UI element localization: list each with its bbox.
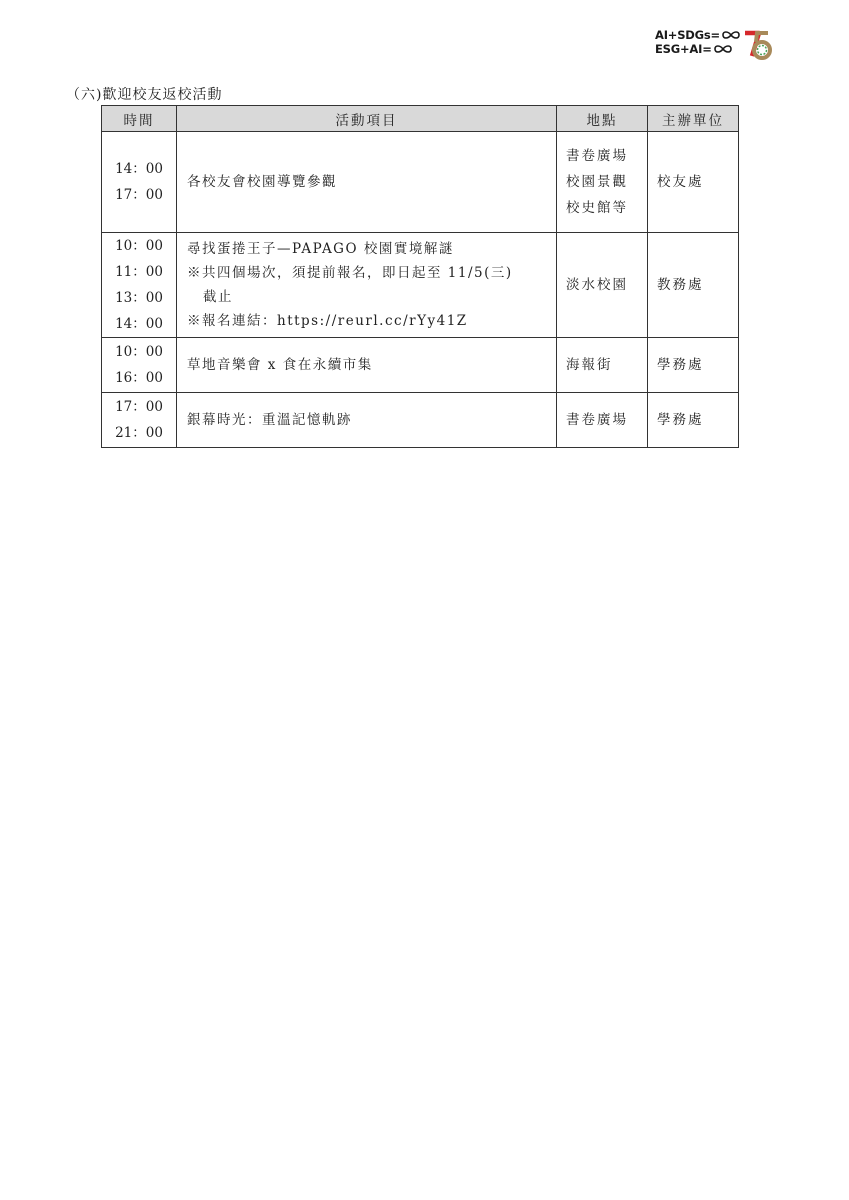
location-line: 校史館等 xyxy=(566,195,647,221)
header-organizer: 主辦單位 xyxy=(648,106,739,132)
section-title: （六)歡迎校友返校活動 xyxy=(66,84,222,104)
activity-name: 草地音樂會 x 食在永續市集 xyxy=(187,354,556,376)
activity-name: 各校友會校園導覽參觀 xyxy=(187,171,556,193)
location-line: 淡水校園 xyxy=(566,272,647,298)
activity-cell: 各校友會校園導覽參觀 xyxy=(177,132,557,233)
organizer-cell: 學務處 xyxy=(648,338,739,393)
header-activity: 活動項目 xyxy=(177,106,557,132)
activity-cell: 草地音樂會 x 食在永續市集 xyxy=(177,338,557,393)
logo-line-2: ESG+AI= xyxy=(655,42,741,56)
table-row: 10：00 11：00 13：00 14：00 尋找蛋捲王子—PAPAGO 校園… xyxy=(102,233,739,338)
infinity-icon xyxy=(721,30,741,40)
activity-note: ※共四個場次，須提前報名，即日起至 11/5(三) xyxy=(187,261,556,285)
location-cell: 淡水校園 xyxy=(557,233,648,338)
time-value: 16：00 xyxy=(102,365,176,391)
alumni-activities-table: 時間 活動項目 地點 主辦單位 14：00 17：00 各校友會校園導覽參觀 書… xyxy=(101,105,739,448)
time-value: 13：00 xyxy=(102,285,176,311)
infinity-icon xyxy=(713,44,733,54)
location-line: 海報街 xyxy=(566,352,647,378)
location-cell: 書卷廣場 校園景觀 校史館等 xyxy=(557,132,648,233)
location-cell: 海報街 xyxy=(557,338,648,393)
header-time: 時間 xyxy=(102,106,177,132)
organizer-cell: 教務處 xyxy=(648,233,739,338)
time-value: 11：00 xyxy=(102,259,176,285)
activity-cell: 尋找蛋捲王子—PAPAGO 校園實境解謎 ※共四個場次，須提前報名，即日起至 1… xyxy=(177,233,557,338)
table-row: 10：00 16：00 草地音樂會 x 食在永續市集 海報街 學務處 xyxy=(102,338,739,393)
table-header-row: 時間 活動項目 地點 主辦單位 xyxy=(102,106,739,132)
time-value: 10：00 xyxy=(102,233,176,259)
time-cell: 17：00 21：00 xyxy=(102,393,177,448)
table-row: 17：00 21：00 銀幕時光：重溫記憶軌跡 書卷廣場 學務處 xyxy=(102,393,739,448)
organizer-cell: 校友處 xyxy=(648,132,739,233)
registration-link[interactable]: ※報名連結：https://reurl.cc/rYy41Z xyxy=(187,309,556,333)
activity-name: 銀幕時光：重溫記憶軌跡 xyxy=(187,409,556,431)
time-value: 10：00 xyxy=(102,339,176,365)
time-cell: 10：00 16：00 xyxy=(102,338,177,393)
activity-name: 尋找蛋捲王子—PAPAGO 校園實境解謎 xyxy=(187,237,556,261)
time-cell: 14：00 17：00 xyxy=(102,132,177,233)
activity-note-continued: 截止 xyxy=(187,285,556,309)
time-cell: 10：00 11：00 13：00 14：00 xyxy=(102,233,177,338)
time-value: 14：00 xyxy=(102,156,176,182)
ai-sdgs-esg-75-logo: AI+SDGs= ESG+AI= xyxy=(655,28,775,64)
logo-line-1: AI+SDGs= xyxy=(655,28,741,42)
header-location: 地點 xyxy=(557,106,648,132)
location-line: 書卷廣場 xyxy=(566,407,647,433)
organizer-cell: 學務處 xyxy=(648,393,739,448)
time-value: 17：00 xyxy=(102,182,176,208)
table-row: 14：00 17：00 各校友會校園導覽參觀 書卷廣場 校園景觀 校史館等 校友… xyxy=(102,132,739,233)
activity-cell: 銀幕時光：重溫記憶軌跡 xyxy=(177,393,557,448)
logo-line-2-text: ESG+AI= xyxy=(655,42,712,56)
75th-anniversary-badge-icon xyxy=(743,30,773,62)
logo-line-1-text: AI+SDGs= xyxy=(655,28,720,42)
time-value: 21：00 xyxy=(102,420,176,446)
location-cell: 書卷廣場 xyxy=(557,393,648,448)
time-value: 17：00 xyxy=(102,394,176,420)
time-value: 14：00 xyxy=(102,311,176,337)
location-line: 書卷廣場 xyxy=(566,143,647,169)
location-line: 校園景觀 xyxy=(566,169,647,195)
